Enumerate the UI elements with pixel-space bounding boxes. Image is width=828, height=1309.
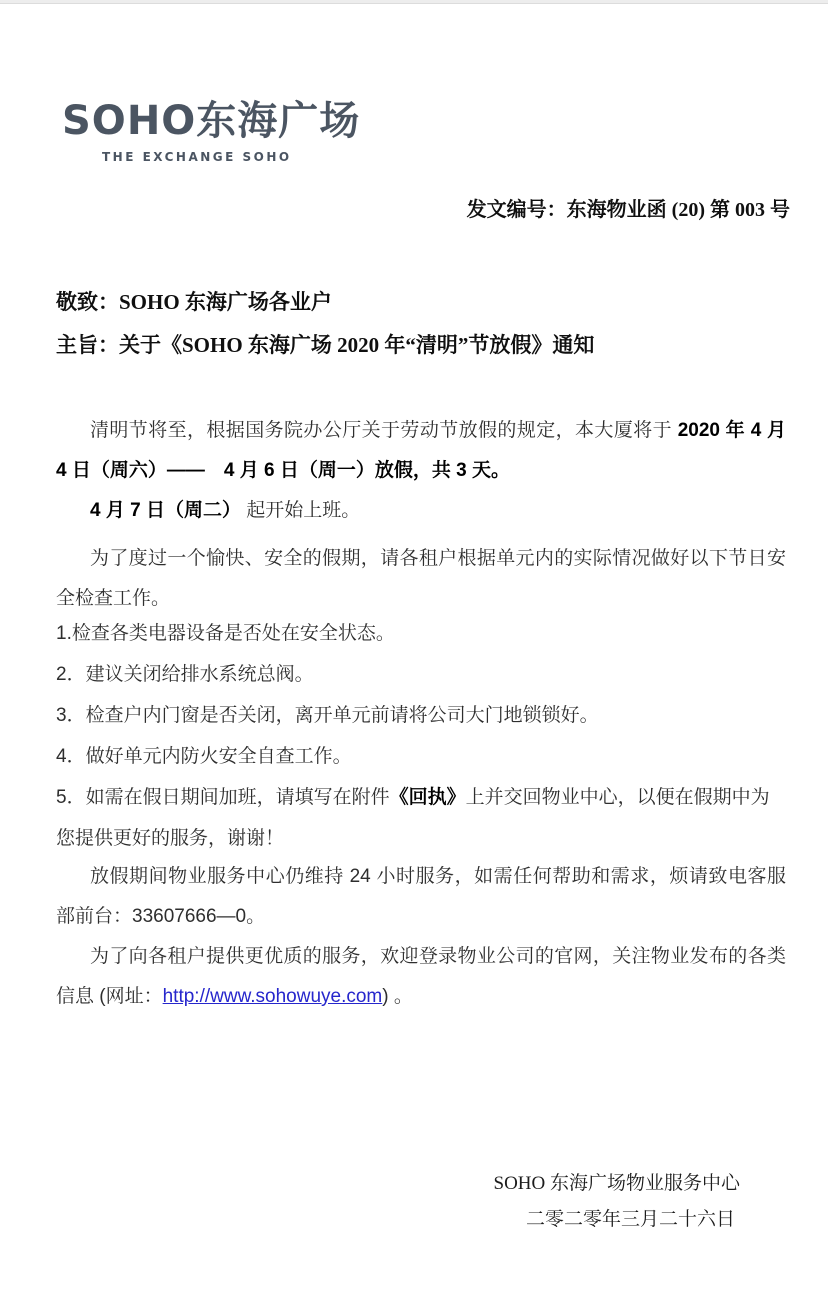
paragraph-safety-intro: 为了度过一个愉快、安全的假期，请各租户根据单元内的实际情况做好以下节日安全检查工… <box>56 539 786 619</box>
text-segment: 起开始上班。 <box>241 500 360 521</box>
greeting-line: 敬致：SOHO 东海广场各业户 <box>56 281 786 324</box>
paragraph-work-resume: 4 月 7 日（周二） 起开始上班。 <box>56 491 786 531</box>
receipt-attachment-bold: 《回执》 <box>390 787 466 808</box>
doc-number: 发文编号：东海物业函 (20) 第 003 号 <box>467 193 790 222</box>
safety-item-4: 4．做好单元内防火安全自查工作。 <box>56 736 786 777</box>
signature-block: SOHO 东海广场物业服务中心 二零二零年三月二十六日 <box>494 1168 740 1231</box>
resume-date-bold: 4 月 7 日（周二） <box>90 500 241 521</box>
paragraph-service-hotline: 放假期间物业服务中心仍维持 24 小时服务，如需任何帮助和需求，烦请致电客服部前… <box>56 857 786 937</box>
page-top-edge <box>0 0 828 4</box>
safety-item-2: 2．建议关闭给排水系统总阀。 <box>56 654 786 695</box>
paragraph-website: 为了向各租户提供更优质的服务，欢迎登录物业公司的官网，关注物业发布的各类信息 (… <box>56 937 786 1017</box>
logo-wordmark: SOHO东海广场 <box>62 98 360 144</box>
logo-tagline: THE EXCHANGE SOHO <box>102 150 360 164</box>
signature-name: SOHO 东海广场物业服务中心 <box>494 1168 740 1195</box>
website-link[interactable]: http://www.sohowuye.com <box>163 986 383 1007</box>
safety-item-3: 3．检查户内门窗是否关闭，离开单元前请将公司大门地锁锁好。 <box>56 695 786 736</box>
notice-body: 敬致：SOHO 东海广场各业户 主旨：关于《SOHO 东海广场 2020 年“清… <box>56 281 786 1017</box>
safety-item-1: 1.检查各类电器设备是否处在安全状态。 <box>56 613 786 654</box>
notice-page: SOHO东海广场 THE EXCHANGE SOHO 发文编号：东海物业函 (2… <box>0 0 828 1309</box>
paragraph-holiday-dates: 清明节将至，根据国务院办公厅关于劳动节放假的规定，本大厦将于 2020 年 4 … <box>56 411 786 491</box>
text-segment: 5．如需在假日期间加班，请填写在附件 <box>56 787 390 808</box>
signature-date: 二零二零年三月二十六日 <box>494 1204 740 1231</box>
text-segment: ) 。 <box>382 986 413 1007</box>
subject-line: 主旨：关于《SOHO 东海广场 2020 年“清明”节放假》通知 <box>56 324 786 367</box>
text-segment: 清明节将至，根据国务院办公厅关于劳动节放假的规定，本大厦将于 <box>90 420 678 441</box>
company-logo: SOHO东海广场 THE EXCHANGE SOHO <box>62 98 360 164</box>
safety-item-5: 5．如需在假日期间加班，请填写在附件《回执》上并交回物业中心，以便在假期中为您提… <box>56 777 786 859</box>
